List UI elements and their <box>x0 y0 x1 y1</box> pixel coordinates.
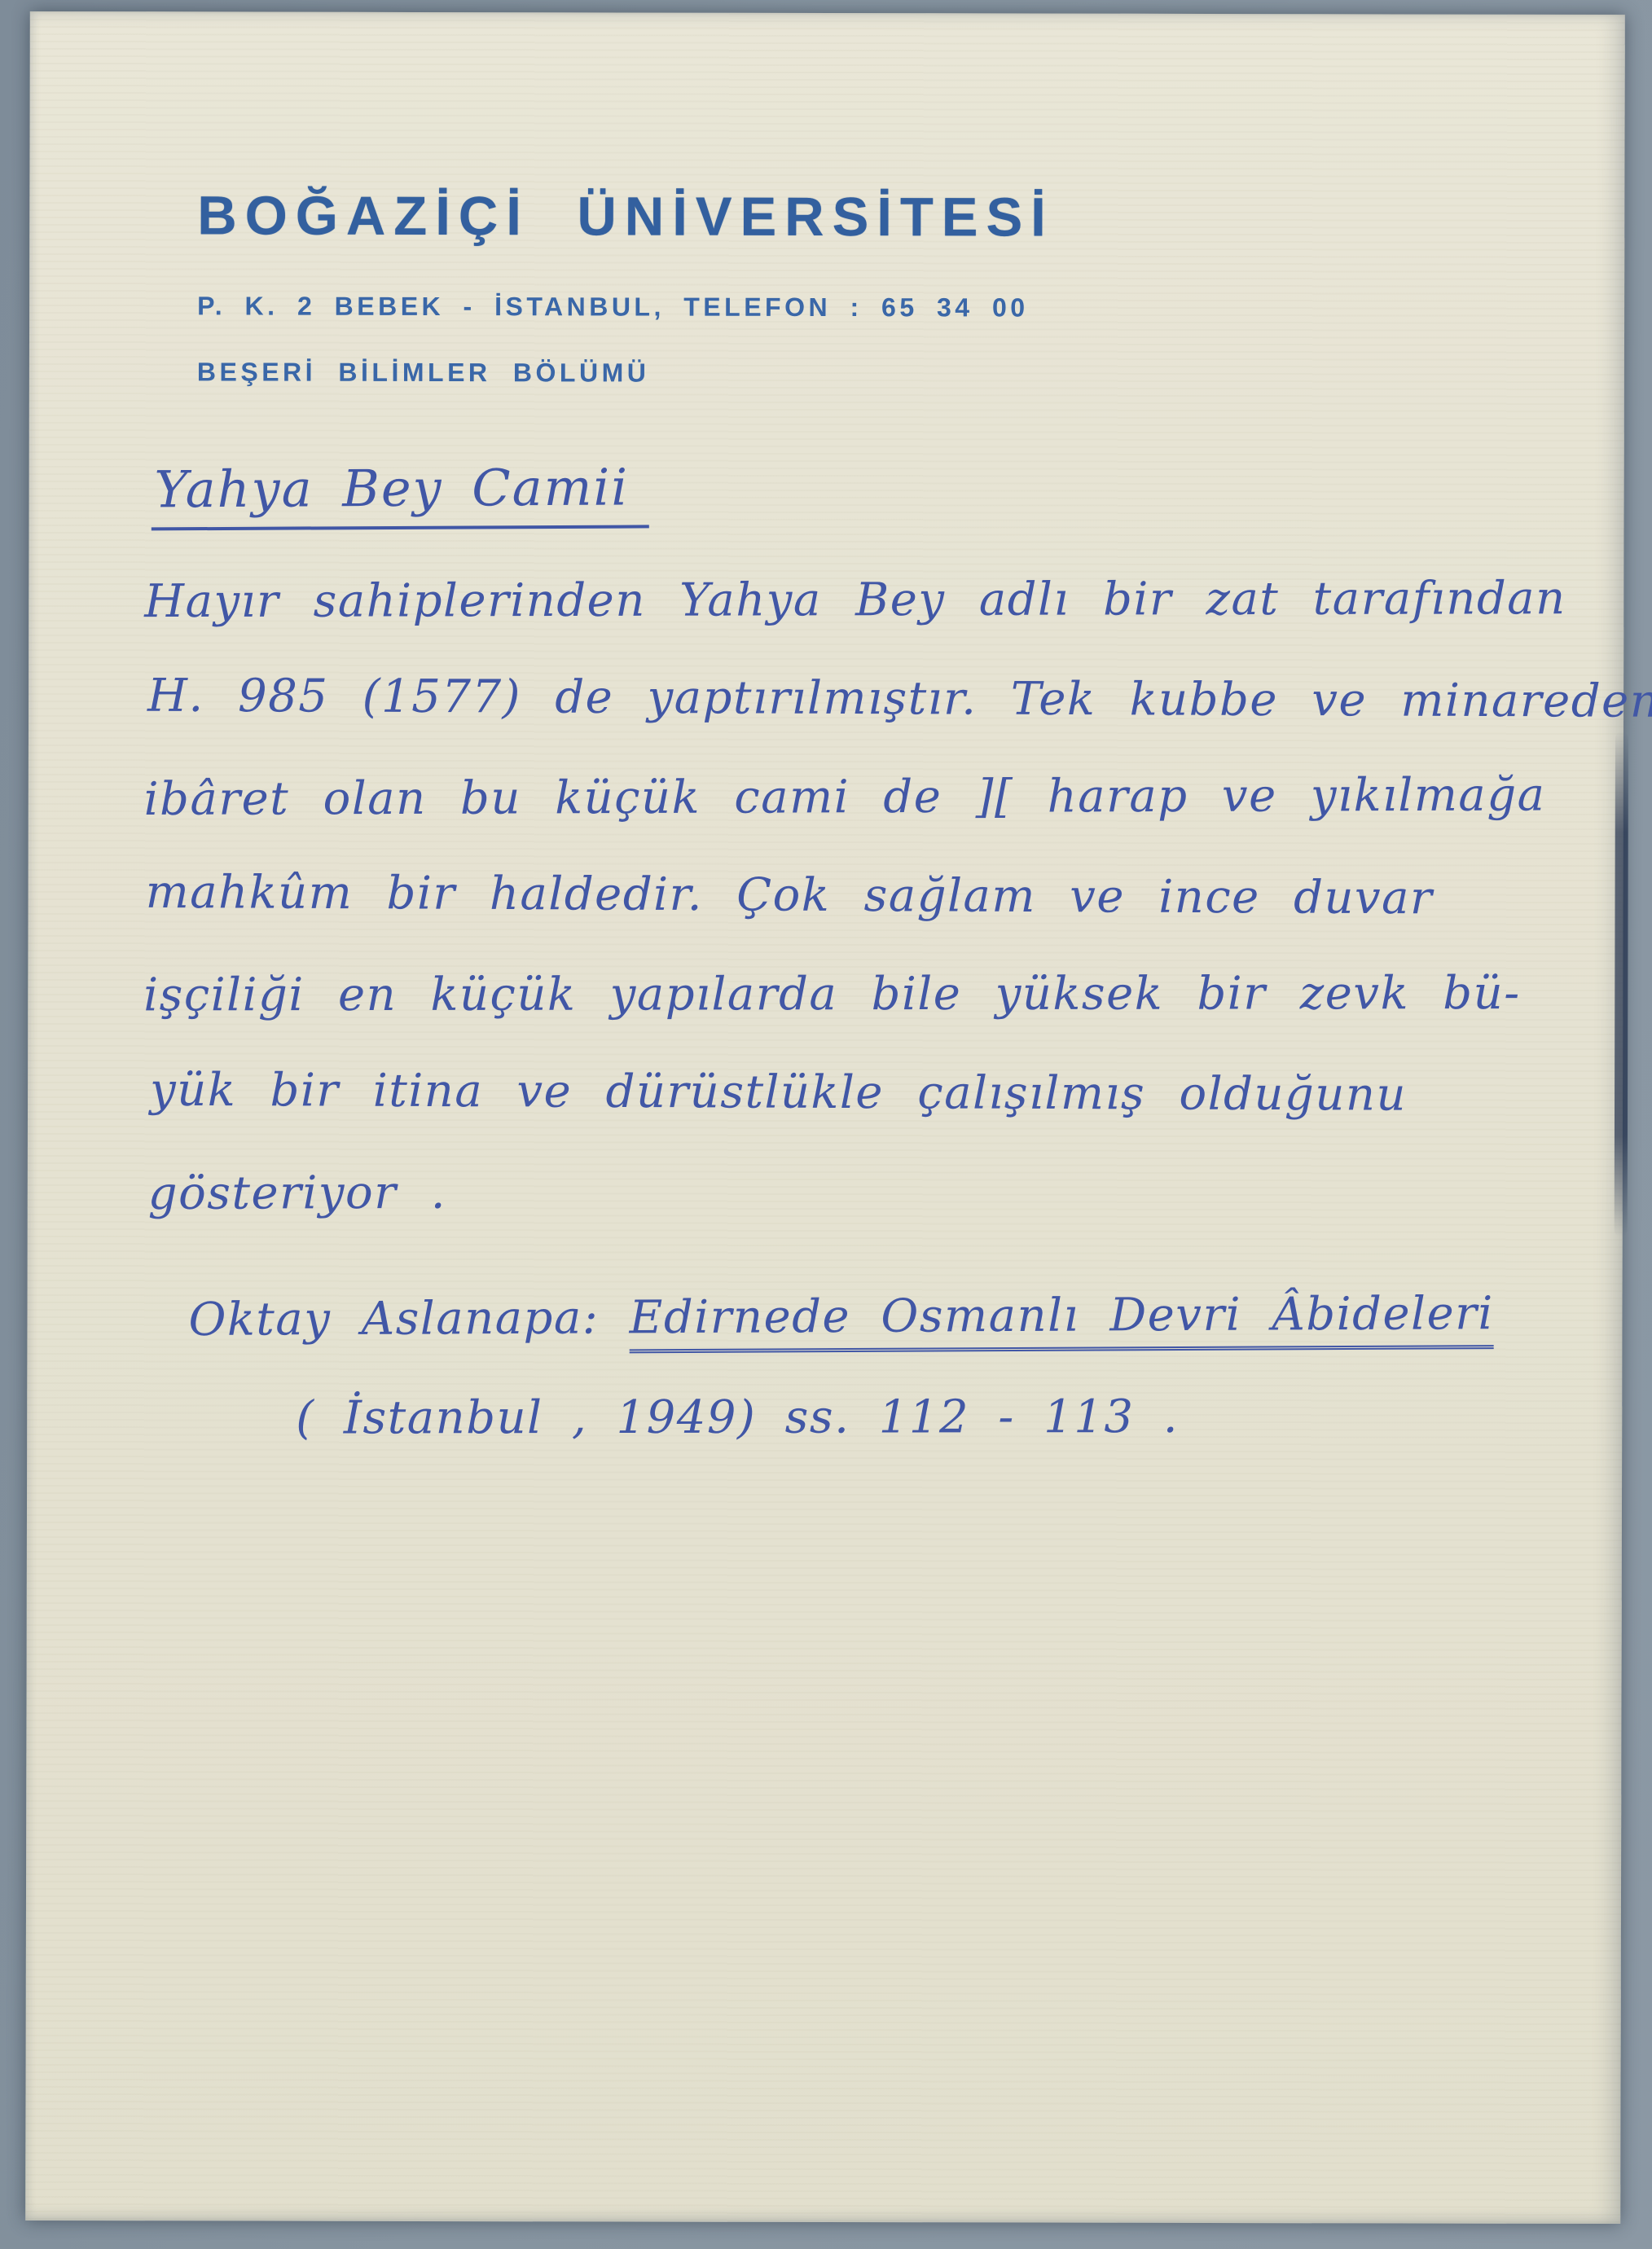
scanned-document: BOĞAZİÇİ ÜNİVERSİTESİ P. K. 2 BEBEK - İS… <box>0 0 1652 2249</box>
body-line: işçiliği en küçük yapılarda bile yüksek … <box>143 967 1610 1068</box>
address-line: P. K. 2 BEBEK - İSTANBUL, TELEFON : 65 3… <box>197 291 1054 323</box>
citation-work-title: Edirnede Osmanlı Devri Âbideleri <box>629 1287 1494 1353</box>
letter-paper: BOĞAZİÇİ ÜNİVERSİTESİ P. K. 2 BEBEK - İS… <box>25 11 1625 2224</box>
body-line: mahkûm bir haldedir. Çok sağlam ve ince … <box>143 866 1610 971</box>
body-line: yük bir itina ve dürüstlükle çalışılmış … <box>143 1064 1610 1168</box>
citation-publication: ( İstanbul , 1949) ss. 112 - 113 . <box>296 1390 1179 1445</box>
letterhead: BOĞAZİÇİ ÜNİVERSİTESİ P. K. 2 BEBEK - İS… <box>197 184 1054 389</box>
note-body: Hayır sahiplerinden Yahya Bey adlı bir z… <box>143 572 1611 1265</box>
citation-author: Oktay Aslanapa: <box>188 1291 599 1346</box>
body-line: Hayır sahiplerinden Yahya Bey adlı bir z… <box>144 572 1610 674</box>
citation: Oktay Aslanapa: Edirnede Osmanlı Devri Â… <box>188 1287 1494 1346</box>
body-line: ibâret olan bu küçük cami de ][ harap ve… <box>144 768 1610 872</box>
body-line: gösteriyor . <box>143 1162 1610 1266</box>
note-title: Yahya Bey Camii <box>151 457 648 530</box>
body-line: H. 985 (1577) de yaptırılmıştır. Tek kub… <box>144 670 1610 774</box>
department-line: BEŞERİ BİLİMLER BÖLÜMÜ <box>197 357 1054 389</box>
university-name: BOĞAZİÇİ ÜNİVERSİTESİ <box>197 184 1054 248</box>
